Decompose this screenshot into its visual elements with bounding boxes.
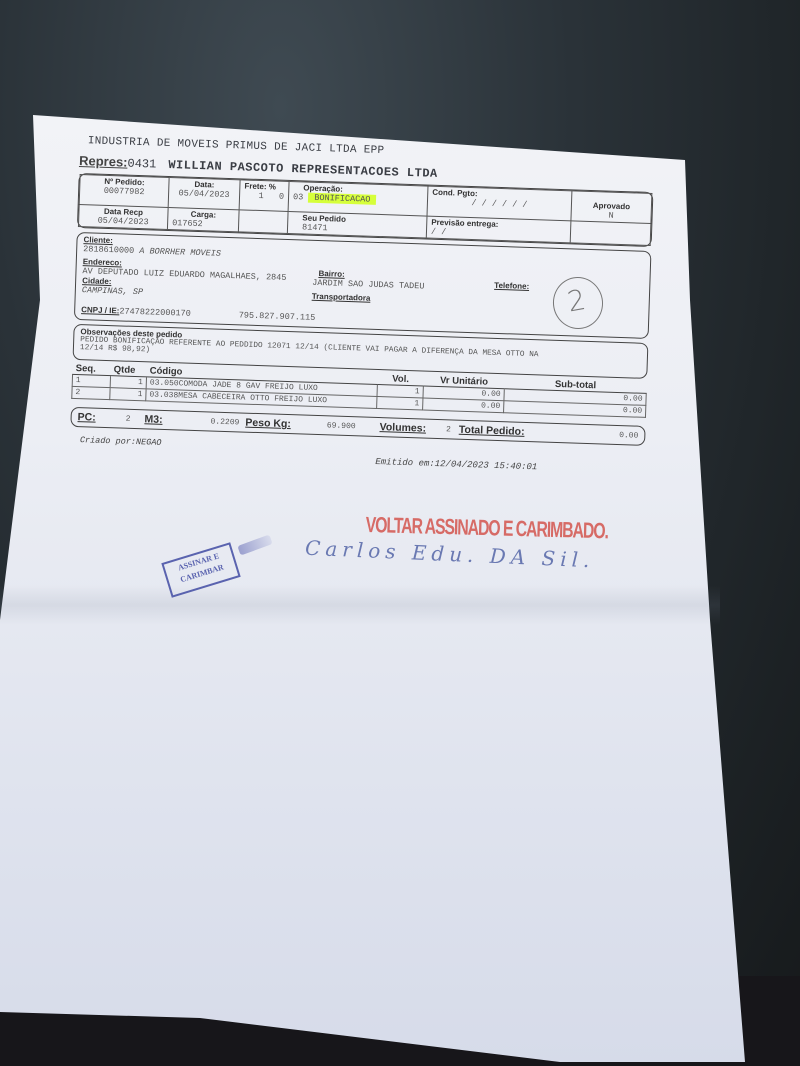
m3-label: M3: bbox=[144, 413, 162, 426]
total-value: 0.00 bbox=[619, 431, 638, 441]
paper-fold bbox=[0, 585, 800, 625]
carga-value: 017652 bbox=[172, 218, 234, 230]
peso-value: 69.900 bbox=[327, 421, 356, 431]
peso-label: Peso Kg: bbox=[245, 417, 291, 431]
numero-value: 00077982 bbox=[84, 185, 164, 198]
operacao-code: 03 bbox=[293, 192, 304, 202]
frete-pct: 0 bbox=[279, 192, 284, 202]
telefone-label: Telefone: bbox=[494, 281, 529, 291]
cnpj-label: CNPJ / IE: bbox=[81, 305, 120, 315]
pc-label: PC: bbox=[77, 411, 95, 424]
cliente-codigo: 2818610000 bbox=[83, 244, 134, 256]
cliente-nome: A BORRHER MOVEIS bbox=[139, 246, 221, 259]
volumes-value: 2 bbox=[446, 425, 451, 434]
data-value: 05/04/2023 bbox=[173, 188, 235, 200]
data-recp-value: 05/04/2023 bbox=[83, 215, 163, 228]
criado-por: Criado por:NEGAO bbox=[80, 435, 162, 448]
total-label: Total Pedido: bbox=[459, 424, 525, 438]
item-vol: 1 bbox=[377, 396, 423, 410]
volumes-label: Volumes: bbox=[379, 421, 426, 435]
repres-code: 0431 bbox=[127, 157, 156, 172]
col-qtde: Qtde bbox=[111, 364, 147, 377]
m3-value: 0.2209 bbox=[210, 417, 239, 427]
frete-value: 1 bbox=[258, 191, 263, 201]
ie-value: 795.827.907.115 bbox=[239, 310, 316, 323]
item-seq: 2 bbox=[72, 386, 110, 399]
item-descricao: MESA CABECEIRA OTTO FREIJO LUXO bbox=[178, 391, 327, 405]
item-qtde: 1 bbox=[110, 388, 146, 401]
pc-value: 2 bbox=[126, 414, 131, 423]
aprovado-value: N bbox=[575, 209, 646, 221]
item-vr-unitario: 0.00 bbox=[423, 398, 504, 413]
cnpj-value: 27478222000170 bbox=[119, 306, 191, 318]
repres-label: Repres: bbox=[79, 153, 128, 170]
operacao-value: BONIFICACAO bbox=[308, 193, 376, 205]
col-seq: Seq. bbox=[73, 363, 111, 376]
